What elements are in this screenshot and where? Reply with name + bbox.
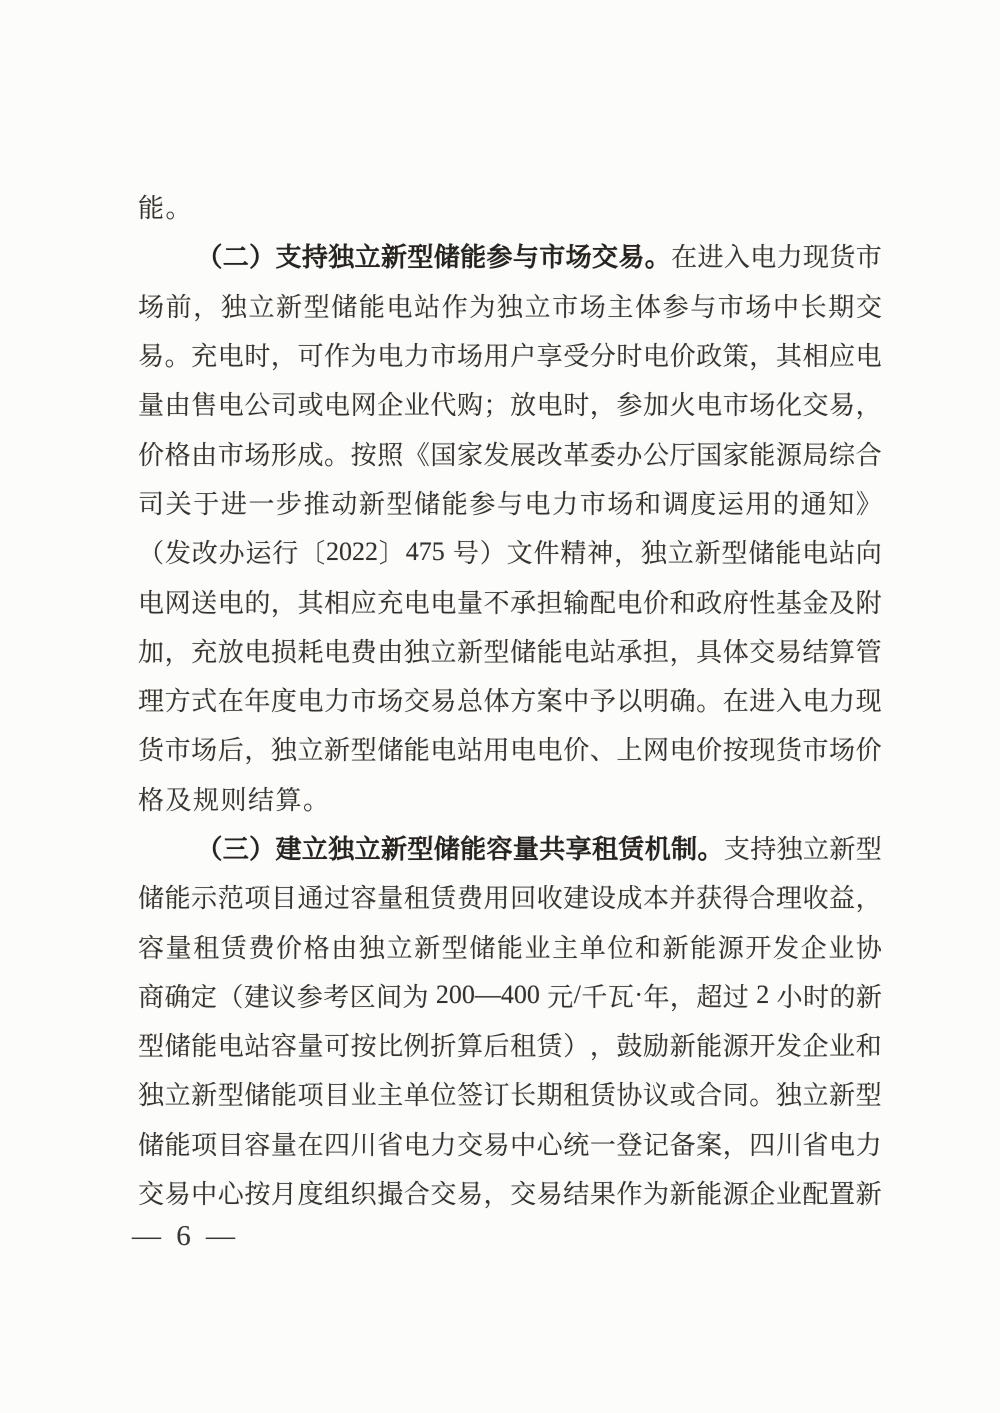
text-line: 电网送电的，其相应充电电量不承担输配电价和政府性基金及附	[138, 576, 882, 625]
text-line: （二）支持独立新型储能参与市场交易。在进入电力现货市	[138, 231, 882, 280]
text-line: 独立新型储能项目业主单位签订长期租赁协议或合同。独立新型	[138, 1069, 882, 1118]
text-line: （三）建立独立新型储能容量共享租赁机制。支持独立新型	[138, 823, 882, 872]
text-line: 场前，独立新型储能电站作为独立市场主体参与市场中长期交	[138, 281, 882, 330]
text-line: 能。	[138, 182, 882, 231]
document-body: 能。（二）支持独立新型储能参与市场交易。在进入电力现货市场前，独立新型储能电站作…	[138, 182, 882, 1217]
text-line: 价格由市场形成。按照《国家发展改革委办公厅国家能源局综合	[138, 428, 882, 477]
text-line: 加，充放电损耗电费由独立新型储能电站承担，具体交易结算管	[138, 626, 882, 675]
paragraph-indent	[138, 255, 196, 256]
text-line: 储能示范项目通过容量租赁费用回收建设成本并获得合理收益，	[138, 872, 882, 921]
document-page: 能。（二）支持独立新型储能参与市场交易。在进入电力现货市场前，独立新型储能电站作…	[0, 0, 1000, 1413]
text-line: （发改办运行〔2022〕475 号）文件精神，独立新型储能电站向	[138, 527, 882, 576]
text-line: 商确定（建议参考区间为 200—400 元/千瓦·年，超过 2 小时的新	[138, 971, 882, 1020]
text-line: 量由售电公司或电网企业代购；放电时，参加火电市场化交易，	[138, 379, 882, 428]
page-number: — 6 —	[132, 1220, 239, 1253]
text-line: 货市场后，独立新型储能电站用电电价、上网电价按现货市场价	[138, 724, 882, 773]
text-line: 容量租赁费价格由独立新型储能业主单位和新能源开发企业协	[138, 921, 882, 970]
text-line: 储能项目容量在四川省电力交易中心统一登记备案，四川省电力	[138, 1119, 882, 1168]
text-line: 司关于进一步推动新型储能参与电力市场和调度运用的通知》	[138, 478, 882, 527]
paragraph-indent	[138, 847, 196, 848]
text-line: 易。充电时，可作为电力市场用户享受分时电价政策，其相应电	[138, 330, 882, 379]
text-line: 格及规则结算。	[138, 774, 882, 823]
text-line: 理方式在年度电力市场交易总体方案中予以明确。在进入电力现	[138, 675, 882, 724]
text-line: 型储能电站容量可按比例折算后租赁），鼓励新能源开发企业和	[138, 1020, 882, 1069]
text-line: 交易中心按月度组织撮合交易，交易结果作为新能源企业配置新	[138, 1168, 882, 1217]
